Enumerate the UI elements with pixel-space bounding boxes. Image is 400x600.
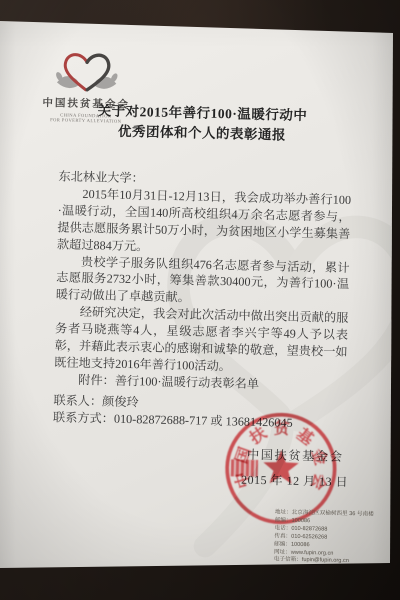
svg-text:基: 基 xyxy=(293,425,317,449)
photo-of-document: { "letterhead": { "org_cn": "中国扶贫基金会", "… xyxy=(0,0,400,600)
seal-code-mark xyxy=(231,459,258,477)
document-content: 中国扶贫基金会 CHINA FOUNDATION FOR POVERTY ALL… xyxy=(0,21,400,576)
svg-text:贫: 贫 xyxy=(274,419,290,438)
paragraph-1: 2015年10月31日-12月13日，我会成功举办善行100·温暖行动，全国14… xyxy=(57,185,351,259)
document-title: 关于对2015年善行100·温暖行动中 优秀团体和个人的表彰通报 xyxy=(49,100,355,146)
document-paper: 中国扶贫基金会 CHINA FOUNDATION FOR POVERTY ALL… xyxy=(0,0,400,600)
heart-hands-logo-icon xyxy=(38,48,135,96)
footer-address-block: 地址：北京海淀区双榆树西里 36 号南楼 邮编：100086 电话：010-82… xyxy=(274,509,383,567)
svg-text:会: 会 xyxy=(307,471,330,492)
svg-text:金: 金 xyxy=(308,447,331,468)
seal-star-icon xyxy=(263,449,299,483)
paragraph-3: 经研究决定，我会对此次活动中做出突出贡献的服务者马晓燕等4人，星级志愿者李兴宇等… xyxy=(54,304,348,378)
paragraph-2: 贵校学子服务队组织476名志愿者参与活动，累计志愿服务2732小时，筹集善款30… xyxy=(56,253,350,310)
svg-text:扶: 扶 xyxy=(246,424,270,448)
footer-email: 电子信箱：fupin@fupin.org.cn xyxy=(274,557,382,567)
document-body: 东北林业大学： 2015年10月31日-12月13日，我会成功举办善行100·温… xyxy=(54,168,352,394)
